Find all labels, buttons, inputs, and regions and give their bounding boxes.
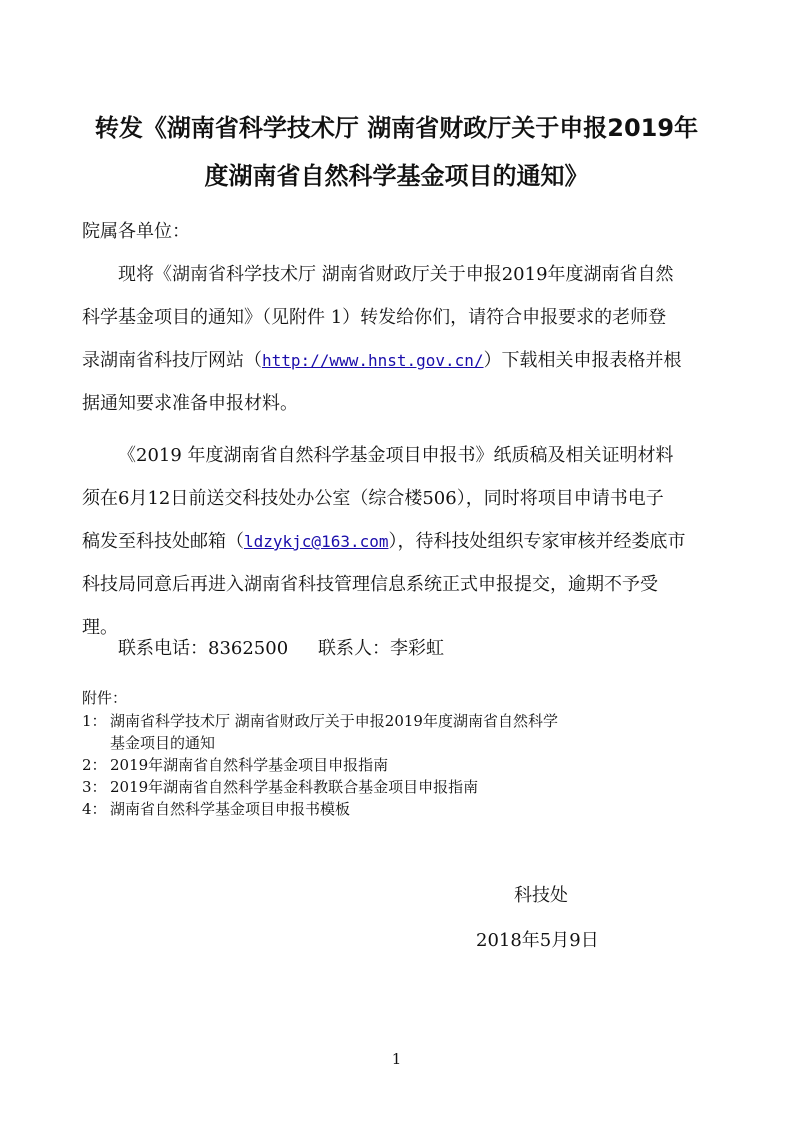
para2-line4: 科技局同意后再进入湖南省科技管理信息系统正式申报提交，逾期不予受 bbox=[82, 573, 658, 597]
para2-line2: 须在6月12日前送交科技处办公室（综合楼506），同时将项目申请书电子 bbox=[82, 487, 664, 511]
website-link[interactable]: http://www.hnst.gov.cn/ bbox=[262, 351, 484, 370]
title-line-2: 度湖南省自然科学基金项目的通知》 bbox=[0, 152, 793, 200]
para1-line4: 据通知要求准备申报材料。 bbox=[82, 392, 298, 416]
attachment-3-text: 2019年湖南省自然科学基金科教联合基金项目申报指南 bbox=[110, 777, 478, 797]
attachment-3-num: 3： bbox=[82, 777, 107, 797]
para1-line3-pre: 录湖南省科技厅网站（ bbox=[82, 350, 262, 371]
para2-line3-post: ），待科技处组织专家审核并经娄底市 bbox=[389, 531, 686, 552]
salutation: 院属各单位： bbox=[82, 220, 190, 244]
attachment-1-num: 1： bbox=[82, 711, 107, 731]
para2-line3-pre: 稿发至科技处邮箱（ bbox=[82, 531, 244, 552]
document-title: 转发《湖南省科学技术厅 湖南省财政厅关于申报2019年 度湖南省自然科学基金项目… bbox=[0, 104, 793, 200]
attachment-4-num: 4： bbox=[82, 799, 107, 819]
attachment-4-text: 湖南省自然科学基金项目申报书模板 bbox=[110, 799, 350, 819]
para1-line3-post: ）下载相关申报表格并根 bbox=[484, 350, 682, 371]
attachment-1-cont: 基金项目的通知 bbox=[110, 733, 215, 753]
attachments-heading: 附件： bbox=[82, 688, 127, 708]
attachment-2-text: 2019年湖南省自然科学基金项目申报指南 bbox=[110, 755, 388, 775]
para2-line5: 理。 bbox=[82, 616, 118, 640]
para2-line1: 《2019 年度湖南省自然科学基金项目申报书》纸质稿及相关证明材料 bbox=[118, 444, 674, 468]
para1-line1: 现将《湖南省科学技术厅 湖南省财政厅关于申报2019年度湖南省自然 bbox=[118, 263, 674, 287]
attachment-2-num: 2： bbox=[82, 755, 107, 775]
para1-line3: 录湖南省科技厅网站（http://www.hnst.gov.cn/）下载相关申报… bbox=[82, 349, 682, 373]
page-number: 1 bbox=[0, 1050, 793, 1068]
email-link[interactable]: ldzykjc@163.com bbox=[244, 532, 389, 551]
para1-line2: 科学基金项目的通知》（见附件 1）转发给你们，请符合申报要求的老师登 bbox=[82, 306, 666, 330]
para2-line3: 稿发至科技处邮箱（ldzykjc@163.com），待科技处组织专家审核并经娄底… bbox=[82, 530, 686, 554]
title-line-1: 转发《湖南省科学技术厅 湖南省财政厅关于申报2019年 bbox=[0, 104, 793, 152]
contact-person: 联系人：李彩虹 bbox=[318, 637, 444, 661]
signature-dept: 科技处 bbox=[514, 884, 568, 908]
contact-phone: 联系电话：8362500 bbox=[118, 637, 288, 661]
signature-date: 2018年5月9日 bbox=[476, 929, 599, 953]
attachment-1-text: 湖南省科学技术厅 湖南省财政厅关于申报2019年度湖南省自然科学 bbox=[110, 711, 558, 731]
